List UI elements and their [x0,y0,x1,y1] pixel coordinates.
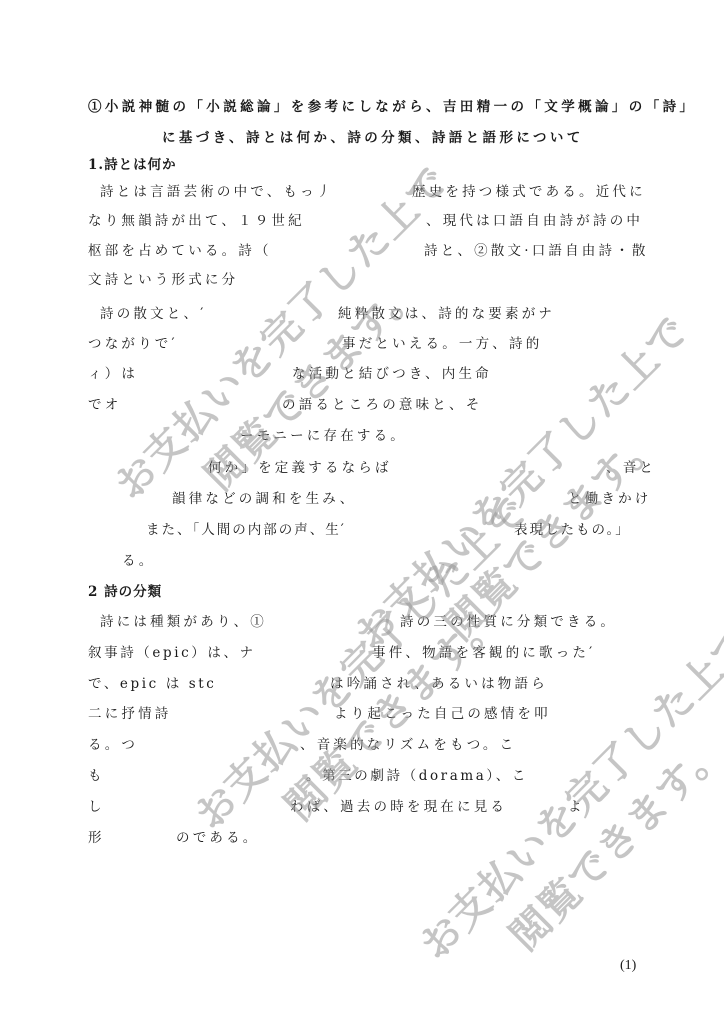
body-text-fragment: 韻律などの調和を生み、 [172,491,357,507]
body-text-fragment: で、epic は stc [88,676,216,692]
body-text-fragment: ーモニーに存在する。 [240,428,407,444]
body-text-fragment: 詩の散文と、′ [100,306,206,322]
document-title-line-1: ①小説神髄の「小説総論」を参考にしながら、吉田精一の「文学概論」の「詩」 [88,99,696,115]
body-text-fragment: 詩とは言語芸術の中で、もっ丿 [100,184,334,200]
body-text-fragment: の語るところの意味と、そ [282,397,482,413]
body-text-fragment: な活動と結びつき、内生命 [292,366,492,382]
body-text-fragment: でオ [88,397,121,413]
body-text-fragment: る。 [122,553,155,569]
body-text-fragment: 表現したもの。」 [514,522,631,538]
body-text-fragment: と働きかけ [568,491,652,507]
body-text-fragment: 枢部を占めている。詩（ [88,243,272,259]
watermark-line-2: 閲覧できます。 [495,651,724,961]
body-text-fragment: は吟誦され、あるいは物語ら [330,676,548,692]
body-text-fragment: し [88,799,105,815]
body-text-fragment: また、「人間の内部の声、生′ [146,522,346,538]
body-text-fragment: 形 [88,830,105,846]
body-text-fragment: 事件、物語を客観的に歌った′ [372,645,595,661]
document-title-line-2: に基づき、詩とは何か、詩の分類、詩語と語形について [162,130,584,146]
section-2-heading: 2 詩の分類 [88,584,162,600]
body-text-fragment: 詩と、②散文·口語自由詩・散 [424,243,649,259]
body-text-fragment: 、音楽的なリズムをもつ。こ [300,737,516,753]
body-text-fragment: 詩の三の性質に分類できる。 [400,614,617,630]
watermark-line-1: お支払いを完了した上で [100,151,459,510]
body-text-fragment: より起こった自己の感情を叩 [334,706,551,722]
body-text-fragment: 純粋散文は、詩的な要素がナ [338,306,555,322]
body-text-fragment: なり無韻詩が出て、１９世紀 [88,213,305,229]
watermark: お支払いを完了した上で 閲覧できます。 [340,301,724,701]
body-text-fragment: つながりで′ [88,336,178,352]
body-text-fragment: 文詩という形式に分 [88,272,238,288]
body-text-fragment: わば、過去の時を現在に見る [290,799,507,815]
body-text-fragment: 、現代は口語自由詩が詩の中 [426,213,643,229]
body-text-fragment: 何か」を定義するならば [208,460,392,476]
body-text-fragment: よ [568,799,585,815]
body-text-fragment: のである。 [176,830,260,846]
body-text-fragment: 二に抒情詩 [88,706,172,722]
body-text-fragment: も [88,768,105,784]
body-text-fragment: 叙事詩（epic）は、ナ [88,645,256,661]
body-text-fragment: 、音と [606,460,656,476]
body-text-fragment: ィ）は [88,366,138,382]
body-text-fragment: 。第三の劇詩（dorama）、こ [306,768,528,784]
body-text-fragment: る。つ [88,737,138,753]
body-text-fragment: 詩には種類があり、① [100,614,267,630]
document-page: ①小説神髄の「小説総論」を参考にしながら、吉田精一の「文学概論」の「詩」 に基づ… [0,0,724,1024]
page-number: (1) [620,958,636,974]
watermark-line-1: お支払いを完了した上で [340,301,699,660]
body-text-fragment: 事だといえる。一方、詩的 [342,336,542,352]
body-text-fragment: 歴史を持つ様式である。近代に [412,184,646,200]
watermark-line-1: お支払いを完了した上で [405,611,724,970]
section-1-heading: 1.詩とは何か [88,157,177,173]
